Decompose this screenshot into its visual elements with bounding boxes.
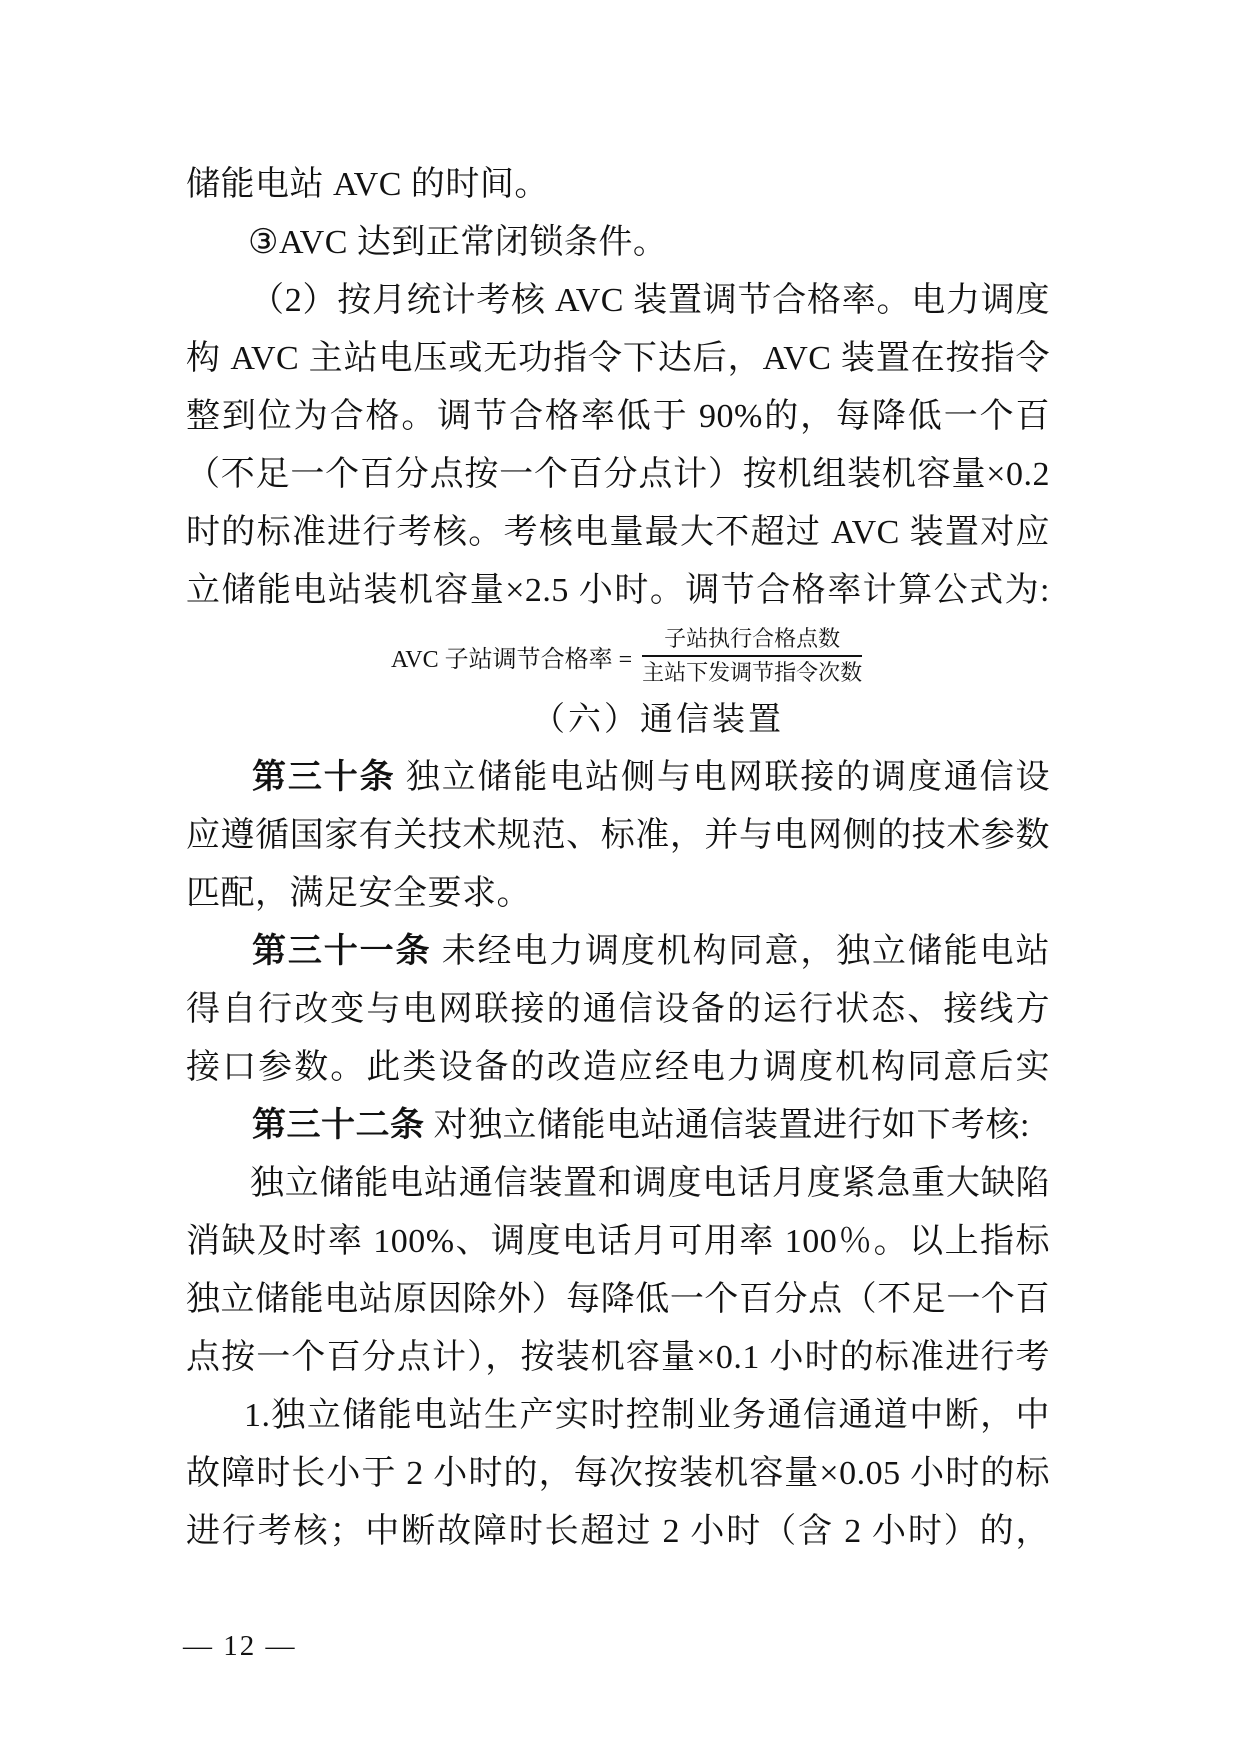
text-segment: 整到位为合格。调节合格率低于 90%的，每降低一个百分点 xyxy=(186,398,1050,446)
text-segment: 接口参数。此类设备的改造应经电力调度机构同意后实施。 xyxy=(186,1049,1050,1097)
text-segment: 对独立储能电站通信装置进行如下考核: xyxy=(425,1107,1030,1144)
document-page: 储能电站 AVC 的时间。③AVC 达到正常闭锁条件。（2）按月统计考核 AVC… xyxy=(0,0,1240,1754)
text-segment: 进行考核；中断故障时长超过 2 小时（含 2 小时）的，每次 xyxy=(186,1513,1050,1561)
text-line: 接口参数。此类设备的改造应经电力调度机构同意后实施。 xyxy=(186,1039,1050,1097)
text-line: 整到位为合格。调节合格率低于 90%的，每降低一个百分点 xyxy=(186,388,1050,446)
text-line: ③AVC 达到正常闭锁条件。 xyxy=(186,214,1050,272)
text-segment: 1.独立储能电站生产实时控制业务通信通道中断，中断 xyxy=(244,1397,1050,1445)
formula: AVC 子站调节合格率 = 子站执行合格点数 主站下发调节指令次数 xyxy=(186,620,1050,692)
text-segment: 时的标准进行考核。考核电量最大不超过 AVC 装置对应独 xyxy=(186,514,1050,562)
text-segment: 独立储能电站原因除外）每降低一个百分点（不足一个百分 xyxy=(186,1281,1050,1329)
text-segment: 构 AVC 主站电压或无功指令下达后，AVC 装置在按指令调 xyxy=(186,340,1050,388)
text-line: 立储能电站装机容量×2.5 小时。调节合格率计算公式为: xyxy=(186,562,1050,620)
text-line: 进行考核；中断故障时长超过 2 小时（含 2 小时）的，每次 xyxy=(186,1503,1050,1561)
text-segment: （不足一个百分点按一个百分点计）按机组装机容量×0.2 小 xyxy=(186,456,1050,504)
text-segment: 立储能电站装机容量×2.5 小时。调节合格率计算公式为: xyxy=(186,572,1050,609)
article-number: 第三十二条 xyxy=(252,1107,425,1144)
text-line: 第三十条 独立储能电站侧与电网联接的调度通信设备, xyxy=(186,749,1050,807)
text-line: 独立储能电站通信装置和调度电话月度紧急重大缺陷 xyxy=(186,1155,1050,1213)
formula-fraction: 子站执行合格点数 主站下发调节指令次数 xyxy=(642,626,862,687)
text-segment: 应遵循国家有关技术规范、标准，并与电网侧的技术参数相 xyxy=(186,817,1050,865)
text-line: 应遵循国家有关技术规范、标准，并与电网侧的技术参数相 xyxy=(186,807,1050,865)
paragraph-block-bottom: 第三十条 独立储能电站侧与电网联接的调度通信设备,应遵循国家有关技术规范、标准，… xyxy=(186,749,1050,1561)
page-number: — 12 — xyxy=(183,1630,297,1663)
text-line: 消缺及时率 100%、调度电话月可用率 100％。以上指标（非 xyxy=(186,1213,1050,1271)
section-heading: （六）通信装置 xyxy=(226,692,1090,749)
text-line: 匹配，满足安全要求。 xyxy=(186,865,1050,923)
text-segment: 点按一个百分点计），按装机容量×0.1 小时的标准进行考核。 xyxy=(186,1339,1050,1387)
text-line: 时的标准进行考核。考核电量最大不超过 AVC 装置对应独 xyxy=(186,504,1050,562)
text-line: 故障时长小于 2 小时的，每次按装机容量×0.05 小时的标准 xyxy=(186,1445,1050,1503)
article-number: 第三十条 xyxy=(252,759,395,796)
text-line: 得自行改变与电网联接的通信设备的运行状态、接线方式、 xyxy=(186,981,1050,1039)
formula-numerator: 子站执行合格点数 xyxy=(642,626,862,657)
text-segment: 匹配，满足安全要求。 xyxy=(186,875,531,912)
article-number: 第三十一条 xyxy=(252,933,431,970)
text-line: 构 AVC 主站电压或无功指令下达后，AVC 装置在按指令调 xyxy=(186,330,1050,388)
text-line: （2）按月统计考核 AVC 装置调节合格率。电力调度机 xyxy=(186,272,1050,330)
formula-denominator: 主站下发调节指令次数 xyxy=(642,657,862,686)
text-line: 点按一个百分点计），按装机容量×0.1 小时的标准进行考核。 xyxy=(186,1329,1050,1387)
text-line: 独立储能电站原因除外）每降低一个百分点（不足一个百分 xyxy=(186,1271,1050,1329)
text-segment: 故障时长小于 2 小时的，每次按装机容量×0.05 小时的标准 xyxy=(186,1455,1050,1503)
text-line: 第三十二条 对独立储能电站通信装置进行如下考核: xyxy=(186,1097,1050,1155)
text-segment: 得自行改变与电网联接的通信设备的运行状态、接线方式、 xyxy=(186,991,1050,1039)
formula-lhs: AVC 子站调节合格率 = xyxy=(391,639,632,674)
text-segment: 储能电站 AVC 的时间。 xyxy=(186,166,549,203)
page-body: 储能电站 AVC 的时间。③AVC 达到正常闭锁条件。（2）按月统计考核 AVC… xyxy=(186,156,1050,1561)
text-segment: （2）按月统计考核 AVC 装置调节合格率。电力调度机 xyxy=(250,282,1050,330)
text-line: 储能电站 AVC 的时间。 xyxy=(186,156,1050,214)
text-segment: 独立储能电站通信装置和调度电话月度紧急重大缺陷 xyxy=(250,1165,1050,1202)
text-line: 1.独立储能电站生产实时控制业务通信通道中断，中断 xyxy=(186,1387,1050,1445)
text-segment: 消缺及时率 100%、调度电话月可用率 100％。以上指标（非 xyxy=(186,1223,1050,1271)
text-line: （不足一个百分点按一个百分点计）按机组装机容量×0.2 小 xyxy=(186,446,1050,504)
text-line: 第三十一条 未经电力调度机构同意，独立储能电站不 xyxy=(186,923,1050,981)
paragraph-block-top: 储能电站 AVC 的时间。③AVC 达到正常闭锁条件。（2）按月统计考核 AVC… xyxy=(186,156,1050,620)
text-segment: ③AVC 达到正常闭锁条件。 xyxy=(248,224,667,261)
